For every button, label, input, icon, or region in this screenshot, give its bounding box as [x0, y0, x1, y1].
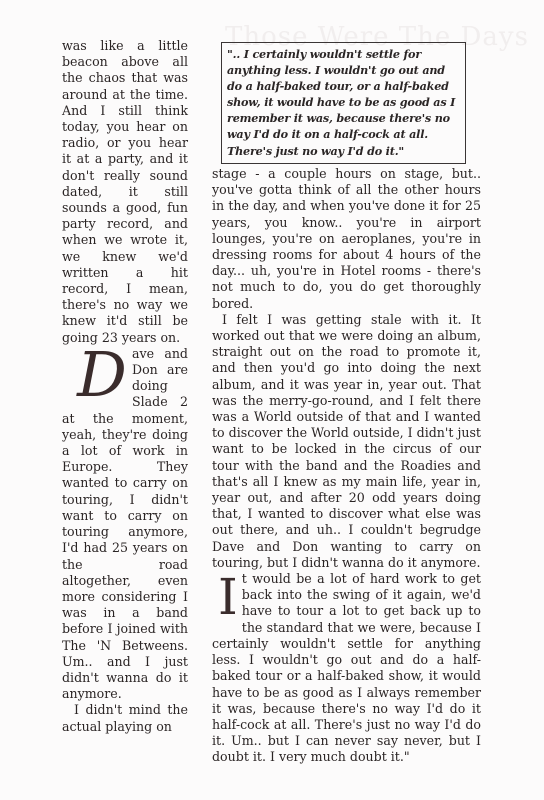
left-text-column: was like a little beacon above all the c… [62, 38, 188, 735]
left-paragraph-2: Dave and Don are doing Slade 2 at the mo… [62, 346, 188, 702]
document-page: Those Were The Days was like a little be… [0, 0, 544, 800]
pull-quote-box: ".. I certainly wouldn't settle for anyt… [221, 42, 466, 164]
right-paragraph-3: It would be a lot of hard work to get ba… [212, 571, 481, 765]
right-paragraph-1: stage - a couple hours on stage, but.. y… [212, 166, 481, 312]
left-paragraph-1: was like a little beacon above all the c… [62, 38, 188, 346]
right-paragraph-2: I felt I was getting stale with it. It w… [212, 312, 481, 571]
right-paragraph-3-text: t would be a lot of hard work to get bac… [212, 571, 481, 764]
right-text-column: stage - a couple hours on stage, but.. y… [212, 166, 481, 766]
drop-cap-i: I [218, 574, 238, 621]
left-paragraph-3: I didn't mind the actual playing on [62, 702, 188, 734]
drop-cap-d: D [76, 350, 128, 402]
